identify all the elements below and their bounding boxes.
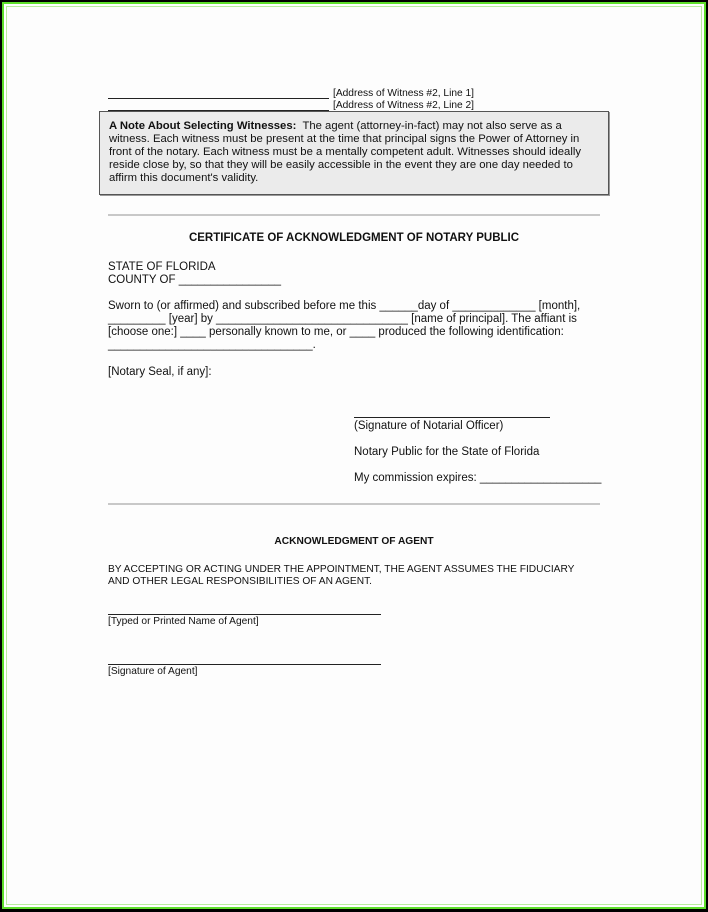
witness-address-line-1-label: [Address of Witness #2, Line 1]	[333, 88, 474, 100]
agent-name-line[interactable]	[108, 614, 381, 615]
agent-name-label: [Typed or Printed Name of Agent]	[108, 616, 259, 628]
notary-signature-label: (Signature of Notarial Officer)	[354, 420, 503, 433]
sworn-line-2[interactable]: _________ [year] by ____________________…	[108, 313, 577, 326]
notary-public-label: Notary Public for the State of Florida	[354, 446, 539, 459]
agent-statement-line-2: AND OTHER LEGAL RESPONSIBILITIES OF AN A…	[108, 576, 372, 588]
section-separator	[108, 503, 600, 505]
state-label: STATE OF FLORIDA	[108, 261, 216, 274]
note-title: A Note About Selecting Witnesses:	[109, 120, 296, 132]
identification-field[interactable]: ________________________________.	[108, 339, 316, 352]
county-field[interactable]: COUNTY OF ________________	[108, 274, 281, 287]
agent-acknowledgment-heading: ACKNOWLEDGMENT OF AGENT	[108, 536, 600, 548]
notary-signature-line[interactable]	[354, 417, 550, 418]
agent-signature-label: [Signature of Agent]	[108, 666, 198, 678]
notary-certificate-heading: CERTIFICATE OF ACKNOWLEDGMENT OF NOTARY …	[108, 232, 600, 245]
commission-expires-field[interactable]: My commission expires: _________________…	[354, 472, 601, 485]
witness-note-box: A Note About Selecting Witnesses: The ag…	[99, 111, 609, 195]
notary-seal-label: [Notary Seal, if any]:	[108, 366, 212, 379]
agent-signature-line[interactable]	[108, 664, 381, 665]
sworn-line-1[interactable]: Sworn to (or affirmed) and subscribed be…	[108, 300, 580, 313]
witness-address-line-1	[108, 98, 329, 99]
section-separator	[108, 214, 600, 216]
agent-statement-line-1: BY ACCEPTING OR ACTING UNDER THE APPOINT…	[108, 564, 574, 576]
sworn-line-3[interactable]: [choose one:] ____ personally known to m…	[108, 326, 564, 339]
